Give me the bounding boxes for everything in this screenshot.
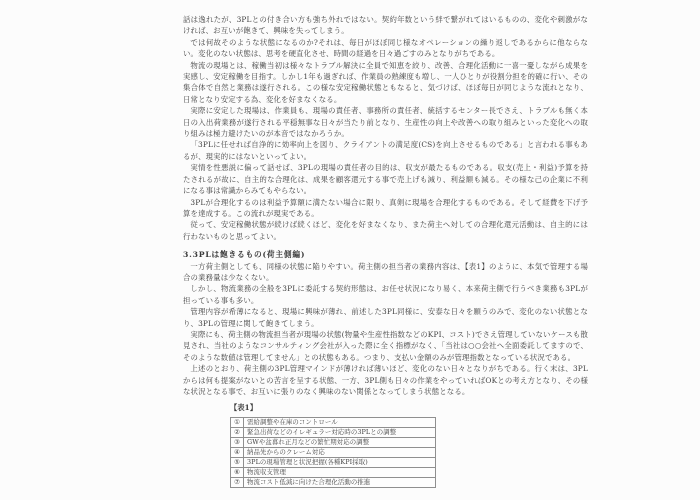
row-number: ② <box>231 427 244 437</box>
row-number: ⑦ <box>231 478 244 488</box>
paragraph: 一方荷主側としても、同様の状態に陥りやすい。荷主側の担当者の業務内容は、【表1】… <box>183 261 588 284</box>
document-page: 話は逸れたが、3PLとの付き合い方も強ち外れではない。契約年数という絆で繋がれて… <box>0 0 700 500</box>
row-number: ④ <box>231 448 244 458</box>
row-number: ③ <box>231 438 244 448</box>
paragraph: 従って、安定稼働状態が続けば続くほど、変化を好まなくなり、また荷主へ対しての合理… <box>183 219 588 242</box>
table-row: ⑦ 物流コスト低減に向けた合理化活動の推進 <box>231 478 436 488</box>
paragraph: 実情を性悪説に偏って話せば、3PLの現場の責任者の目的は、収支が最たるものである… <box>183 162 588 196</box>
paragraph: 話は逸れたが、3PLとの付き合い方も強ち外れではない。契約年数という絆で繋がれて… <box>183 14 588 37</box>
paragraph: しかし、物流業務の全般を3PLに委託する契約形態は、お任せ状況になり易く、本来荷… <box>183 283 588 306</box>
section-heading: 3.3PLは飽きるもの(荷主側編) <box>183 249 588 260</box>
paragraph: では何故そのような状態になるのか?それは、毎日がほぼ同じ様なオペレーションの繰り… <box>183 37 588 60</box>
row-text: GWや盆暮れ正月などの繁忙期対応の調整 <box>244 438 436 448</box>
paragraph: 管理内容が希薄になると、現場に興味が薄れ、前述した3PL同様に、安泰な日々を願う… <box>183 306 588 329</box>
row-text: 需給調整や在庫のコントロール <box>244 417 436 427</box>
table-row: ④ 納品先からのクレーム対応 <box>231 448 436 458</box>
table-row: ⑥ 物流収支管理 <box>231 468 436 478</box>
row-number: ⑤ <box>231 458 244 468</box>
paragraph: 物流の現場とは、稼働当初は様々なトラブル解決に全員で知恵を絞り、改善、合理化活動… <box>183 60 588 106</box>
table-caption: 【表1】 <box>230 402 588 413</box>
row-number: ⑥ <box>231 468 244 478</box>
row-text: 3PLの現場管理と状況把握(各種KPI採取) <box>244 458 436 468</box>
row-text: 物流収支管理 <box>244 468 436 478</box>
paragraph: 上述のとおり、荷主側の3PL管理マインドが薄ければ薄いほど、変化のない日々となり… <box>183 363 588 397</box>
paragraph: 「3PLに任せれば自浄的に効率向上を図り、クライアントの満足度(CS)を向上させ… <box>183 139 588 162</box>
row-text: 物流コスト低減に向けた合理化活動の推進 <box>244 478 436 488</box>
table-row: ③ GWや盆暮れ正月などの繁忙期対応の調整 <box>231 438 436 448</box>
row-text: 納品先からのクレーム対応 <box>244 448 436 458</box>
paragraph: 3PLが合理化するのは利益予算額に満たない場合に限り、真剣に現場を合理化するもの… <box>183 197 588 220</box>
paragraph: 実際に安定した現場は、作業員も、現場の責任者、事務所の責任者、統括するセンター長… <box>183 105 588 139</box>
article-text-block: 話は逸れたが、3PLとの付き合い方も強ち外れではない。契約年数という絆で繋がれて… <box>183 14 588 488</box>
shipper-duties-table: ① 需給調整や在庫のコントロール ② 緊急出荷などのイレギュラー対応時の3PLと… <box>230 417 436 489</box>
table-row: ② 緊急出荷などのイレギュラー対応時の3PLとの調整 <box>231 427 436 437</box>
paragraph: 実際にも、荷主側の物流担当者が現場の状態(物量や生産性指数などのKPI、コスト)… <box>183 329 588 363</box>
row-number: ① <box>231 417 244 427</box>
table-row: ① 需給調整や在庫のコントロール <box>231 417 436 427</box>
row-text: 緊急出荷などのイレギュラー対応時の3PLとの調整 <box>244 427 436 437</box>
table-row: ⑤ 3PLの現場管理と状況把握(各種KPI採取) <box>231 458 436 468</box>
